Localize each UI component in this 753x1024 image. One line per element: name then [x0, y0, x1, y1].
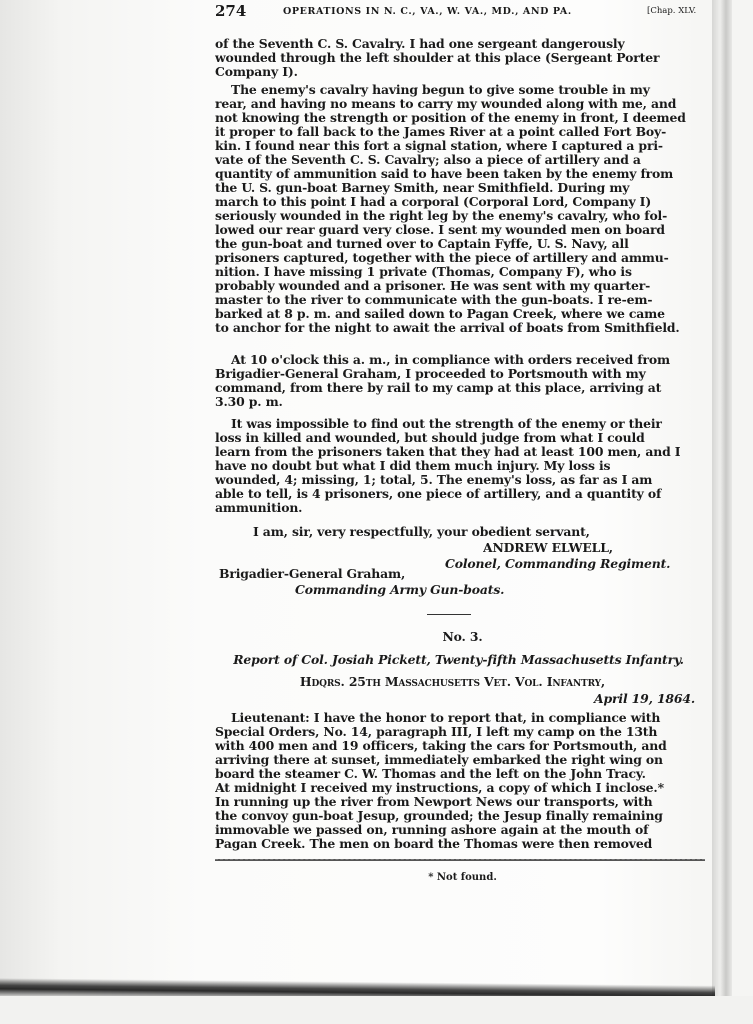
body-line: the convoy gun-boat Jesup, grounded; the… [215, 809, 710, 823]
running-title: OPERATIONS IN N. C., VA., W. VA., MD., A… [283, 6, 572, 17]
body-line: At 10 o'clock this a. m., in compliance … [231, 353, 710, 367]
body-line: not knowing the strength or position of … [215, 111, 710, 125]
body-line: prisoners captured, together with the pi… [215, 251, 710, 265]
body-line: It was impossible to find out the streng… [231, 417, 710, 431]
addressee: Brigadier-General Graham, [219, 567, 519, 581]
body-line: able to tell, is 4 prisoners, one piece … [215, 487, 710, 501]
body-line: probably wounded and a prisoner. He was … [215, 279, 710, 293]
body-line: In running up the river from Newport New… [215, 795, 710, 809]
body-line: Brigadier-General Graham, I proceeded to… [215, 367, 710, 381]
body-line: nition. I have missing 1 private (Thomas… [215, 265, 710, 279]
signer-name: ANDREW ELWELL, [483, 541, 710, 555]
footnote-rule [215, 859, 705, 861]
body-line: ammunition. [215, 501, 710, 515]
body-line: Special Orders, No. 14, paragraph III, I… [215, 725, 710, 739]
body-line: with 400 men and 19 officers, taking the… [215, 739, 710, 753]
chapter-label: [Chap. XLV. [647, 6, 696, 16]
body-line: have no doubt but what I did them much i… [215, 459, 710, 473]
salutation: I am, sir, very respectfully, your obedi… [253, 525, 710, 539]
body-line: it proper to fall back to the James Rive… [215, 125, 710, 139]
body-line: Lieutenant: I have the honor to report t… [231, 711, 710, 725]
body-line: arriving there at sunset, immediately em… [215, 753, 710, 767]
body-line: kin. I found near this fort a signal sta… [215, 139, 710, 153]
body-line: the U. S. gun-boat Barney Smith, near Sm… [215, 181, 710, 195]
body-line: The enemy's cavalry having begun to give… [231, 83, 710, 97]
report-title: Report of Col. Josiah Pickett, Twenty-fi… [211, 653, 706, 667]
body-line: learn from the prisoners taken that they… [215, 445, 710, 459]
body-line: master to the river to communicate with … [215, 293, 710, 307]
section-divider [427, 614, 471, 615]
body-line: seriously wounded in the right leg by th… [215, 209, 710, 223]
body-line: march to this point I had a corporal (Co… [215, 195, 710, 209]
body-line: the gun-boat and turned over to Captain … [215, 237, 710, 251]
body-line: rear, and having no means to carry my wo… [215, 97, 710, 111]
body-line: wounded through the left shoulder at thi… [215, 51, 710, 65]
background-bottom [0, 996, 753, 1024]
background-right [732, 0, 753, 1024]
body-line: quantity of ammunition said to have been… [215, 167, 710, 181]
footnote: * Not found. [215, 872, 710, 883]
report-date-text: April 19, 1864. [594, 692, 695, 706]
running-header: 274 OPERATIONS IN N. C., VA., W. VA., MD… [215, 2, 710, 24]
body-line: to anchor for the night to await the arr… [215, 321, 710, 335]
body-line: immovable we passed on, running ashore a… [215, 823, 710, 837]
body-line: board the steamer C. W. Thomas and the l… [215, 767, 710, 781]
addressee-title: Commanding Army Gun-boats. [295, 583, 595, 597]
page-edge [712, 0, 732, 1010]
body-line: barked at 8 p. m. and sailed down to Pag… [215, 307, 710, 321]
body-line: 3.30 p. m. [215, 395, 710, 409]
body-line: At midnight I received my instructions, … [215, 781, 710, 795]
body-line: of the Seventh C. S. Cavalry. I had one … [215, 37, 710, 51]
body-line: loss in killed and wounded, but should j… [215, 431, 710, 445]
body-line: lowed our rear guard very close. I sent … [215, 223, 710, 237]
report-heading: Hdqrs. 25th Massachusetts Vet. Vol. Infa… [205, 675, 700, 689]
report-number: No. 3. [215, 630, 710, 644]
page-number: 274 [215, 2, 246, 20]
body-line: wounded, 4; missing, 1; total, 5. The en… [215, 473, 710, 487]
body-line: command, from there by rail to my camp a… [215, 381, 710, 395]
body-line: Pagan Creek. The men on board the Thomas… [215, 837, 710, 851]
body-line: vate of the Seventh C. S. Cavalry; also … [215, 153, 710, 167]
report-date: April 19, 1864. [215, 692, 695, 706]
body-line: Company I). [215, 65, 710, 79]
